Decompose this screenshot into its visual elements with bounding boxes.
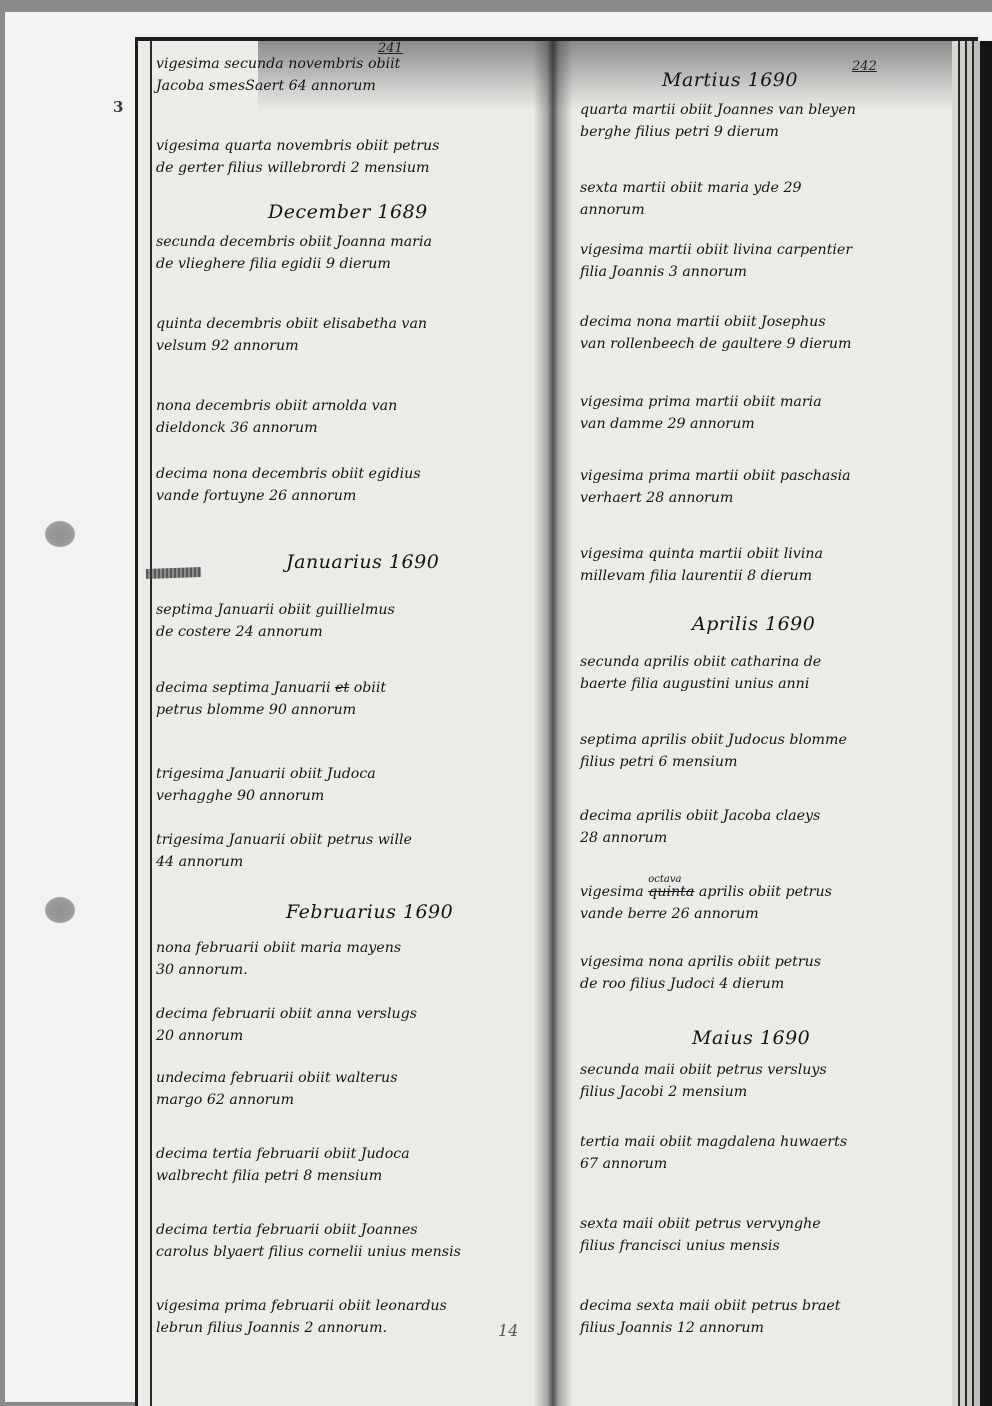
burial-entry: vigesima prima februarii obiit leonardus…: [156, 1295, 536, 1339]
entry-line: filius petri 6 mensium: [580, 751, 950, 773]
burial-entry: decima sexta maii obiit petrus braet fil…: [580, 1295, 950, 1339]
burial-entry: vigesima quarta novembris obiit petrus d…: [156, 135, 536, 179]
burial-entry: nona decembris obiit arnolda van dieldon…: [156, 395, 536, 439]
entry-line: van rollenbeech de gaultere 9 dierum: [580, 333, 950, 355]
burial-entry: vigesima quinta martii obiit livina mill…: [580, 543, 950, 587]
entry-line: 20 annorum: [156, 1025, 536, 1047]
entry-line: filius Joannis 12 annorum: [580, 1317, 950, 1339]
month-heading-january: Januarius 1690: [286, 551, 439, 573]
sheet-number: 3: [113, 98, 123, 116]
faded-page-mark: 14: [498, 1321, 518, 1340]
burial-entry: decima nona martii obiit Josephus van ro…: [580, 311, 950, 355]
entry-text: decima septima Januarii: [156, 680, 331, 696]
burial-entry: decima tertia februarii obiit Joannes ca…: [156, 1219, 536, 1263]
entry-line: vigesima prima februarii obiit leonardus: [156, 1295, 536, 1317]
burial-entry: trigesima Januarii obiit Judoca verhaggh…: [156, 763, 536, 807]
entry-line: sexta martii obiit maria yde 29: [580, 177, 950, 199]
burial-entry: tertia maii obiit magdalena huwaerts 67 …: [580, 1131, 950, 1175]
entry-line: decima septima Januarii et obiit: [156, 677, 536, 699]
entry-line: de roo filius Judoci 4 dierum: [580, 973, 950, 995]
entry-line: filius Jacobi 2 mensium: [580, 1081, 950, 1103]
burial-entry: quinta decembris obiit elisabetha van ve…: [156, 313, 536, 357]
entry-line: vigesima quarta novembris obiit petrus: [156, 135, 536, 157]
ink-smudge: [146, 567, 201, 579]
entry-text: vigesima: [580, 884, 644, 900]
entry-line: septima Januarii obiit guillielmus: [156, 599, 536, 621]
entry-line: vigesima nona aprilis obiit petrus: [580, 951, 950, 973]
entry-line: vigesima secunda novembris obiit: [156, 53, 536, 75]
entry-line: vigesima quinta martii obiit livina: [580, 543, 950, 565]
month-heading-april: Aprilis 1690: [692, 613, 815, 635]
entry-line: de costere 24 annorum: [156, 621, 536, 643]
book-gutter: [533, 41, 573, 1402]
burial-entry: secunda aprilis obiit catharina de baert…: [580, 651, 950, 695]
burial-entry: decima nona decembris obiit egidius vand…: [156, 463, 536, 507]
burial-entry: secunda maii obiit petrus versluys filiu…: [580, 1059, 950, 1103]
entry-line: decima nona martii obiit Josephus: [580, 311, 950, 333]
entry-line: quarta martii obiit Joannes van bleyen: [580, 99, 950, 121]
month-heading-february: Februarius 1690: [286, 901, 453, 923]
entry-line: vande fortuyne 26 annorum: [156, 485, 536, 507]
struck-text: et: [335, 680, 349, 696]
burial-entry: vigesima prima martii obiit maria van da…: [580, 391, 950, 435]
entry-line: 30 annorum.: [156, 959, 536, 981]
burial-entry: decima tertia februarii obiit Judoca wal…: [156, 1143, 536, 1187]
entry-line: trigesima Januarii obiit Judoca: [156, 763, 536, 785]
entry-line: decima nona decembris obiit egidius: [156, 463, 536, 485]
entry-line: 67 annorum: [580, 1153, 950, 1175]
entry-line: undecima februarii obiit walterus: [156, 1067, 536, 1089]
entry-line: decima tertia februarii obiit Judoca: [156, 1143, 536, 1165]
entry-line: secunda decembris obiit Joanna maria: [156, 231, 536, 253]
correction-group: octava quinta: [648, 881, 694, 903]
burial-entry: vigesima martii obiit livina carpentier …: [580, 239, 950, 283]
burial-entry: septima Januarii obiit guillielmus de co…: [156, 599, 536, 643]
entry-line: filia Joannis 3 annorum: [580, 261, 950, 283]
entry-line: berghe filius petri 9 dierum: [580, 121, 950, 143]
entry-line: filius francisci unius mensis: [580, 1235, 950, 1257]
entry-line: van damme 29 annorum: [580, 413, 950, 435]
entry-line: dieldonck 36 annorum: [156, 417, 536, 439]
entry-line: vigesima prima martii obiit paschasia: [580, 465, 950, 487]
burial-entry: sexta martii obiit maria yde 29 annorum: [580, 177, 950, 221]
burial-entry: decima septima Januarii et obiit petrus …: [156, 677, 536, 721]
entry-line: de vlieghere filia egidii 9 dierum: [156, 253, 536, 275]
month-heading-december: December 1689: [268, 201, 428, 223]
entry-text: aprilis obiit petrus: [699, 884, 832, 900]
burial-entry: septima aprilis obiit Judocus blomme fil…: [580, 729, 950, 773]
burial-entry: vigesima prima martii obiit paschasia ve…: [580, 465, 950, 509]
burial-entry: trigesima Januarii obiit petrus wille 44…: [156, 829, 536, 873]
entry-line: annorum: [580, 199, 950, 221]
burial-entry: decima aprilis obiit Jacoba claeys 28 an…: [580, 805, 950, 849]
punch-hole: [45, 521, 75, 547]
entry-line: verhagghe 90 annorum: [156, 785, 536, 807]
entry-line: decima aprilis obiit Jacoba claeys: [580, 805, 950, 827]
entry-line: lebrun filius Joannis 2 annorum.: [156, 1317, 536, 1339]
burial-entry: nona februarii obiit maria mayens 30 ann…: [156, 937, 536, 981]
burial-entry: secunda decembris obiit Joanna maria de …: [156, 231, 536, 275]
burial-entry: decima februarii obiit anna verslugs 20 …: [156, 1003, 536, 1047]
entry-line: vigesima martii obiit livina carpentier: [580, 239, 950, 261]
correction-text: octava: [648, 869, 681, 891]
punch-hole: [45, 897, 75, 923]
month-heading-march: Martius 1690: [662, 69, 798, 91]
entry-line: sexta maii obiit petrus vervynghe: [580, 1213, 950, 1235]
folio-number: 242: [852, 59, 877, 74]
entry-line: margo 62 annorum: [156, 1089, 536, 1111]
month-heading-may: Maius 1690: [692, 1027, 810, 1049]
entry-text: obiit: [354, 680, 386, 696]
entry-line: decima februarii obiit anna verslugs: [156, 1003, 536, 1025]
entry-line: vande berre 26 annorum: [580, 903, 950, 925]
entry-line: vigesima prima martii obiit maria: [580, 391, 950, 413]
burial-entry: vigesima secunda novembris obiit Jacoba …: [156, 53, 536, 97]
entry-line: baerte filia augustini unius anni: [580, 673, 950, 695]
entry-line: decima sexta maii obiit petrus braet: [580, 1295, 950, 1317]
entry-line: petrus blomme 90 annorum: [156, 699, 536, 721]
entry-line: vigesima octava quinta aprilis obiit pet…: [580, 881, 950, 903]
entry-line: secunda maii obiit petrus versluys: [580, 1059, 950, 1081]
entry-line: velsum 92 annorum: [156, 335, 536, 357]
entry-line: Jacoba smesSaert 64 annorum: [156, 75, 536, 97]
entry-line: secunda aprilis obiit catharina de: [580, 651, 950, 673]
burial-entry: sexta maii obiit petrus vervynghe filius…: [580, 1213, 950, 1257]
entry-line: 44 annorum: [156, 851, 536, 873]
entry-line: carolus blyaert filius cornelii unius me…: [156, 1241, 536, 1263]
entry-line: decima tertia februarii obiit Joannes: [156, 1219, 536, 1241]
entry-line: 28 annorum: [580, 827, 950, 849]
entry-line: septima aprilis obiit Judocus blomme: [580, 729, 950, 751]
entry-line: verhaert 28 annorum: [580, 487, 950, 509]
entry-line: nona februarii obiit maria mayens: [156, 937, 536, 959]
burial-entry: vigesima nona aprilis obiit petrus de ro…: [580, 951, 950, 995]
entry-line: tertia maii obiit magdalena huwaerts: [580, 1131, 950, 1153]
entry-line: de gerter filius willebrordi 2 mensium: [156, 157, 536, 179]
entry-line: millevam filia laurentii 8 dierum: [580, 565, 950, 587]
entry-line: quinta decembris obiit elisabetha van: [156, 313, 536, 335]
burial-entry: vigesima octava quinta aprilis obiit pet…: [580, 881, 950, 925]
entry-line: nona decembris obiit arnolda van: [156, 395, 536, 417]
burial-entry: quarta martii obiit Joannes van bleyen b…: [580, 99, 950, 143]
entry-line: walbrecht filia petri 8 mensium: [156, 1165, 536, 1187]
burial-entry: undecima februarii obiit walterus margo …: [156, 1067, 536, 1111]
register-book-spread: 241 vigesima secunda novembris obiit Jac…: [135, 37, 978, 1402]
page-edges: [952, 41, 992, 1402]
entry-line: trigesima Januarii obiit petrus wille: [156, 829, 536, 851]
